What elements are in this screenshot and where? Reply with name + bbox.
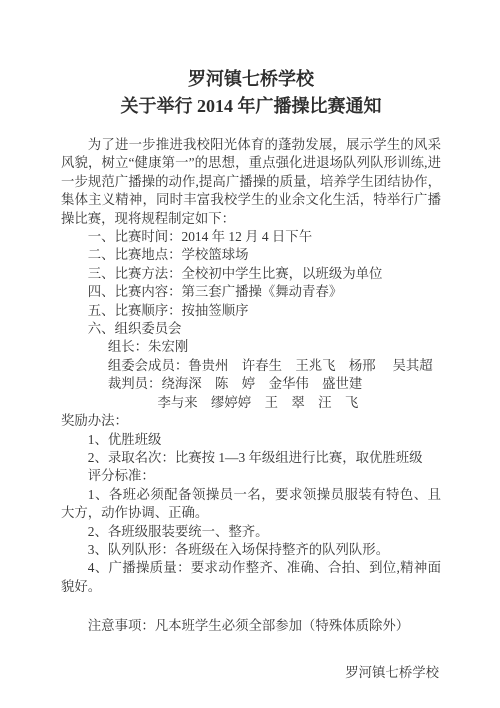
document-page: 罗河镇七桥学校 关于举行 2014 年广播操比赛通知 为了进一步推进我校阳光体育… (0, 0, 500, 708)
rule-item-method: 三、比赛方法：全校初中学生比赛，以班级为单位 (61, 265, 441, 283)
committee-judges-row2: 李与来 缪婷婷 王 翠 汪 飞 (61, 394, 441, 412)
notes-line: 注意事项：凡本班学生必须全部参加（特殊体质除外） (61, 617, 441, 635)
rule-item-time: 一、比赛时间：2014 年 12 月 4 日下午 (61, 228, 441, 246)
committee-leader: 组长：朱宏刚 (61, 338, 441, 356)
rule-item-place: 二、比赛地点：学校篮球场 (61, 246, 441, 264)
scoring-item-1: 1、各班必须配备领操员一名，要求领操员服装有特色、且大方，动作协调、正确。 (61, 486, 441, 523)
intro-paragraph: 为了进一步推进我校阳光体育的蓬勃发展，展示学生的风采风貌，树立“健康第一”的思想… (61, 136, 441, 228)
committee-judges-row1: 裁判员：绕海深 陈 婷 金华伟 盛世建 (61, 375, 441, 393)
committee-members: 组委会成员：鲁贵州 许春生 王兆飞 杨邢 吴其超 (61, 357, 441, 375)
document-content: 罗河镇七桥学校 关于举行 2014 年广播操比赛通知 为了进一步推进我校阳光体育… (61, 66, 441, 682)
rule-item-content: 四、比赛内容：第三套广播操《舞动青春》 (61, 283, 441, 301)
signature: 罗河镇七桥学校 (61, 664, 441, 682)
scoring-heading: 评分标准： (61, 467, 441, 485)
document-body: 为了进一步推进我校阳光体育的蓬勃发展，展示学生的风采风貌，树立“健康第一”的思想… (61, 136, 441, 682)
rule-item-committee: 六、组织委员会 (61, 320, 441, 338)
document-title-line-1: 罗河镇七桥学校 (61, 66, 441, 93)
awards-item-2: 2、录取名次：比赛按 1—3 年级组进行比赛，取优胜班级 (61, 449, 441, 467)
scoring-item-2: 2、各班级服装要统一、整齐。 (61, 523, 441, 541)
rule-item-order: 五、比赛顺序：按抽签顺序 (61, 302, 441, 320)
scoring-item-4: 4、广播操质量：要求动作整齐、准确、合拍、到位,精神面貌好。 (61, 559, 441, 596)
scoring-item-3: 3、队列队形：各班级在入场保持整齐的队列队形。 (61, 541, 441, 559)
awards-heading: 奖励办法： (61, 412, 441, 430)
document-title-line-2: 关于举行 2014 年广播操比赛通知 (61, 93, 441, 120)
awards-item-1: 1、优胜班级 (61, 431, 441, 449)
